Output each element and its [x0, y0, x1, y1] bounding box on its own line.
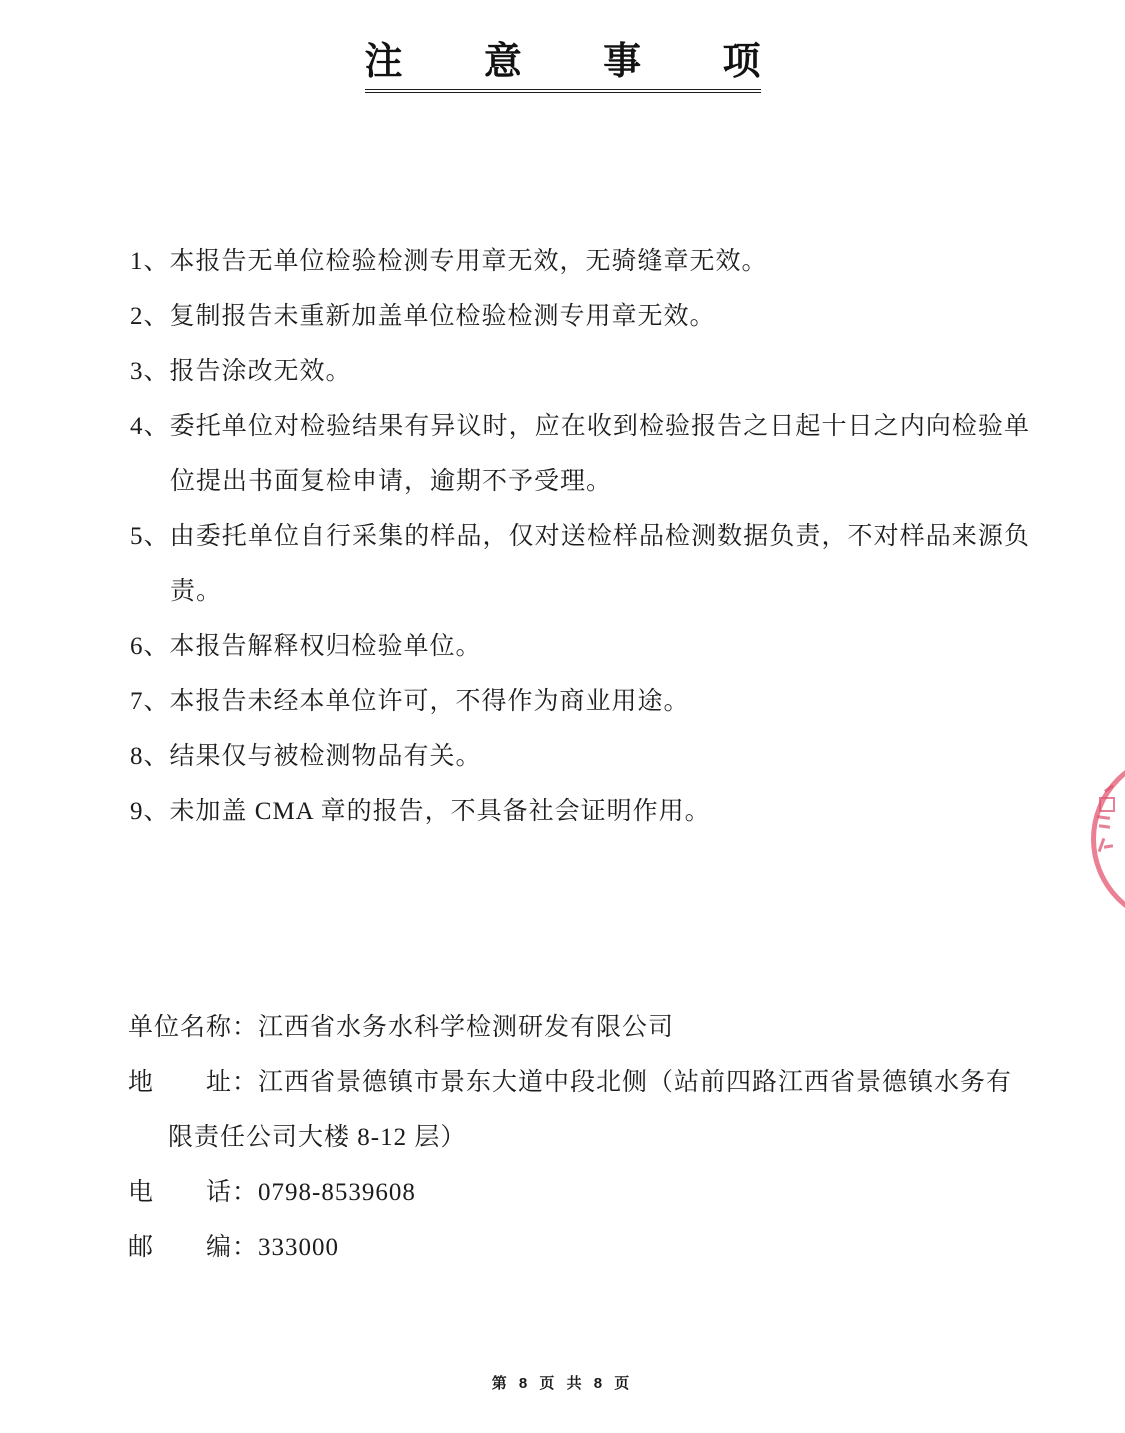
- report-notes-page: 注 意 事 项 1、本报告无单位检验检测专用章无效，无骑缝章无效。 2、复制报告…: [0, 0, 1125, 1433]
- note-text: 结果仅与被检测物品有关。: [170, 743, 482, 770]
- contact-value: 江西省景德镇市景东大道中段北侧（站前四路江西省景德镇水务有限责任公司大楼 8-1…: [168, 1069, 1012, 1151]
- note-item-6: 6、本报告解释权归检验单位。: [130, 619, 1030, 674]
- contact-row-postal-code: 邮 编：333000: [128, 1220, 1018, 1275]
- note-item-1: 1、本报告无单位检验检测专用章无效，无骑缝章无效。: [130, 234, 1030, 289]
- seam-seal-arc-icon: [1091, 752, 1125, 926]
- note-item-2: 2、复制报告未重新加盖单位检验检测专用章无效。: [130, 289, 1030, 344]
- note-item-5: 5、由委托单位自行采集的样品，仅对送检样品检测数据负责，不对样品来源负责。: [130, 509, 1030, 619]
- note-number: 3、: [130, 358, 170, 385]
- note-number: 1、: [130, 248, 170, 275]
- note-text: 报告涂改无效。: [170, 358, 352, 385]
- note-text: 未加盖 CMA 章的报告，不具备社会证明作用。: [170, 798, 711, 825]
- note-item-3: 3、报告涂改无效。: [130, 344, 1030, 399]
- note-number: 9、: [130, 798, 170, 825]
- note-text: 本报告未经本单位许可，不得作为商业用途。: [170, 688, 690, 715]
- note-number: 2、: [130, 303, 170, 330]
- page-title-underlined: 注 意 事 项: [365, 42, 761, 93]
- title-char: 意: [484, 42, 522, 84]
- title-char: 注: [365, 42, 403, 84]
- page-title: 注 意 事 项: [0, 42, 1125, 93]
- contact-label: 电 话：: [128, 1179, 258, 1206]
- contact-value: 0798-8539608: [258, 1179, 416, 1206]
- contact-row-company-name: 单位名称：江西省水务水科学检测研发有限公司: [128, 1000, 1018, 1055]
- note-number: 4、: [130, 413, 170, 440]
- contact-label: 单位名称：: [128, 1014, 258, 1041]
- note-text: 复制报告未重新加盖单位检验检测专用章无效。: [170, 303, 716, 330]
- note-number: 6、: [130, 633, 170, 660]
- note-item-7: 7、本报告未经本单位许可，不得作为商业用途。: [130, 674, 1030, 729]
- issuer-contact-block: 单位名称：江西省水务水科学检测研发有限公司 地 址：江西省景德镇市景东大道中段北…: [128, 1000, 1018, 1275]
- contact-row-phone: 电 话：0798-8539608: [128, 1165, 1018, 1220]
- note-number: 5、: [130, 523, 170, 550]
- contact-label: 邮 编：: [128, 1234, 258, 1261]
- page-number: 第 8 页 共 8 页: [0, 1372, 1125, 1393]
- contact-row-address: 地 址：江西省景德镇市景东大道中段北侧（站前四路江西省景德镇水务有限责任公司大楼…: [128, 1055, 1018, 1165]
- seal-glyph-mark: [1099, 797, 1115, 812]
- note-text: 由委托单位自行采集的样品，仅对送检样品检测数据负责，不对样品来源负责。: [170, 523, 1030, 605]
- note-item-8: 8、结果仅与被检测物品有关。: [130, 729, 1030, 784]
- note-text: 本报告无单位检验检测专用章无效，无骑缝章无效。: [170, 248, 768, 275]
- notes-list: 1、本报告无单位检验检测专用章无效，无骑缝章无效。 2、复制报告未重新加盖单位检…: [130, 234, 1030, 839]
- contact-value: 江西省水务水科学检测研发有限公司: [258, 1014, 674, 1041]
- note-number: 8、: [130, 743, 170, 770]
- contact-label: 地 址：: [128, 1069, 258, 1096]
- note-number: 7、: [130, 688, 170, 715]
- note-text: 本报告解释权归检验单位。: [170, 633, 482, 660]
- note-item-9: 9、未加盖 CMA 章的报告，不具备社会证明作用。: [130, 784, 1030, 839]
- title-char: 项: [722, 42, 760, 84]
- title-char: 事: [603, 42, 641, 84]
- note-text: 委托单位对检验结果有异议时，应在收到检验报告之日起十日之内向检验单位提出书面复检…: [170, 413, 1030, 495]
- note-item-4: 4、委托单位对检验结果有异议时，应在收到检验报告之日起十日之内向检验单位提出书面…: [130, 399, 1030, 509]
- contact-value: 333000: [258, 1234, 339, 1261]
